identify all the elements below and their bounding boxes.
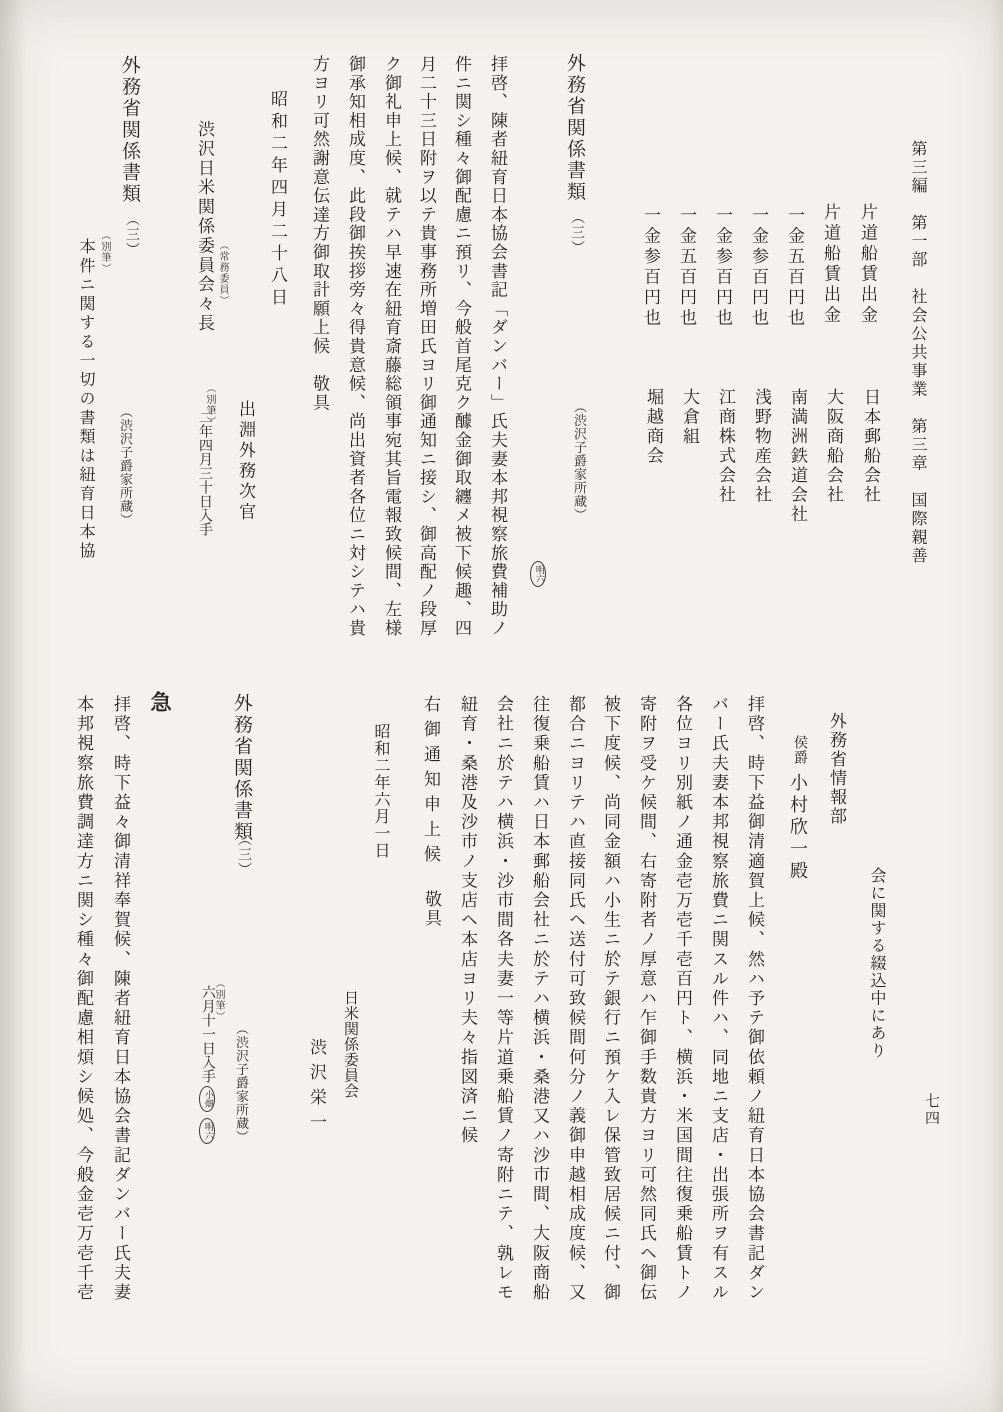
- donation-name: 浅野物産会社: [752, 388, 769, 505]
- obata-seal: 小畑: [199, 1086, 215, 1112]
- donation-amount: 一金参百円也: [641, 206, 658, 329]
- donation-amount: 一金参百円也: [713, 206, 730, 329]
- doc4-volume: （三）: [237, 832, 251, 877]
- doc3-letter-column: 都合ニヨリテハ直接同氏ヘ送付可致候間何分ノ義御申越相成度候、又: [566, 695, 583, 1303]
- donation-amount: 片道船賃出金: [821, 203, 838, 326]
- doc3-closing: 右御通知申上候: [421, 695, 438, 870]
- doc3-letter-column: 被下度候、尚同金額ハ小生ニ於テ銀行ニ預ケ入レ保管致居候ニ付、御: [601, 695, 618, 1303]
- doc2-provenance: （渋沢子爵家所蔵）: [118, 405, 131, 527]
- meiroku-seal: 明六: [530, 561, 546, 587]
- doc2-title: 外務省関係書類: [120, 55, 139, 205]
- doc4-received-note: 六月十一日入手小畑明六: [199, 985, 215, 1147]
- doc3-addressee-title: 侯爵: [793, 735, 807, 765]
- donation-name: 大倉組: [680, 388, 697, 447]
- donation-name: 日本郵船会社: [861, 388, 878, 505]
- doc1-addressee: 出淵外務次官: [236, 400, 253, 523]
- doc1-letter-column: 月二十三日附ヲ以テ貴事務所増田氏ヨリ御通知ニ接シ、御高配ノ段厚: [417, 55, 434, 638]
- doc2-volume: （三）: [125, 212, 139, 257]
- doc2-note: 本件ニ関する一切の書類は紐育日本協: [78, 238, 94, 561]
- doc3-letter-column: 各位ヨリ別紙ノ通金壱万壱千壱百円ト、横浜・米国間往復乗船賃トノ: [673, 695, 690, 1303]
- doc3-letter-column: 拝啓、時下益御清適賀上候、然ハ予テ御依頼ノ紐育日本協会書記ダン: [745, 695, 762, 1303]
- doc3-letter-column: 会社ニ於テハ横浜・沙市間各夫妻一等片道乗船賃ノ寄附ニテ、孰レモ: [494, 695, 511, 1303]
- doc4-provenance: （渋沢子爵家所蔵）: [234, 1022, 247, 1144]
- doc3-letter-column: 往復乗船賃ハ日本郵船会社ニ於テハ横浜・桑港又ハ沙市間、大阪商船: [530, 695, 547, 1303]
- doc3-department: 外務省情報部: [827, 712, 844, 826]
- doc3-addressee: 小村欣一殿: [788, 773, 806, 883]
- meiroku-seal: 明六: [199, 1118, 215, 1144]
- doc1-letter-column: 御承知相成度、此段御挨拶旁々得貴意候、尚出資者各位ニ対シテハ貴: [346, 55, 363, 638]
- donation-name: 江商株式会社: [716, 388, 733, 505]
- donation-name: 南満洲鉄道会社: [788, 388, 805, 525]
- doc1-letter-column: 件ニ関シ種々御配慮ニ預リ、今般首尾克ク醵金御取纏メ被下候趣、四: [452, 55, 469, 638]
- doc4-letter-column: 拝啓、時下益々御清祥奉賀候、陳者紐育日本協会書記ダンバー氏夫妻: [111, 695, 128, 1303]
- doc1-date: 昭和二年四月二十八日: [268, 90, 285, 310]
- doc3-date: 昭和二年六月一日: [373, 723, 389, 859]
- doc4-urgent-mark: 急: [150, 691, 171, 712]
- doc2-note-label: （別筆）: [99, 230, 109, 274]
- doc1-seal: 明六: [530, 558, 547, 590]
- doc1-letter-column: 方ヨリ可然謝意伝達方御取計願上候 敬具: [310, 55, 327, 412]
- doc1-volume: （三）: [570, 210, 584, 255]
- doc1-letter-column: 拝啓、陳者紐育日本協会書記「ダンバー」氏夫妻本邦視察旅費補助ノ: [488, 55, 505, 638]
- doc3-letter-column: 紐育・桑港及沙市ノ支店ヘ本店ヨリ夫々指図済ニ候: [458, 695, 475, 1146]
- donation-amount: 一金五百円也: [677, 206, 694, 329]
- doc4-letter-column: 本邦視察旅費調達方ニ関シ種々御配慮相煩シ候処、今般金壱万壱千壱: [74, 695, 91, 1303]
- doc2-note-continued: 会に関する綴込中にあり: [869, 867, 885, 1060]
- doc1-sender-note: （常務委員）: [217, 240, 227, 306]
- donation-amount: 片道船賃出金: [858, 203, 875, 326]
- doc1-provenance: （渋沢子爵家所蔵）: [572, 400, 585, 522]
- doc3-letter-column: 寄附ヲ受ケ候間、右寄附者ノ厚意ハ乍御手数貴方ヨリ可然同氏ヘ御伝: [637, 695, 654, 1303]
- doc1-received-note: 二年四月三十日入手: [198, 410, 212, 536]
- chapter-header: 第三編 第一部 社会公共事業 第三章 国際親善: [910, 140, 926, 566]
- donation-name: 堀越商会: [644, 388, 661, 466]
- scanned-document-page: 第三編 第一部 社会公共事業 第三章 国際親善 片道船賃出金 日本郵船会社 片道…: [0, 0, 1003, 1412]
- doc1-title: 外務省関係書類: [565, 53, 584, 203]
- doc1-sender: 渋沢日米関係委員会々長: [195, 120, 212, 333]
- donation-amount: 一金参百円也: [749, 206, 766, 329]
- doc4-title: 外務省関係書類: [232, 693, 251, 843]
- doc1-letter-column: ク御礼申上候、就テハ早速在紐育斎藤総領事宛其旨電報致候間、左様: [382, 55, 399, 638]
- doc3-sender-org: 日米関係委員会: [343, 990, 358, 1099]
- donation-name: 大阪商船会社: [824, 388, 841, 505]
- doc4-received-text: 六月十一日入手: [200, 985, 216, 1083]
- doc3-closing-word: 敬具: [422, 890, 439, 928]
- doc3-letter-column: バー氏夫妻本邦視察旅費ニ関スル件ハ、同地ニ支店・出張所ヲ有スル: [709, 695, 726, 1303]
- page-number: 七四: [924, 1093, 939, 1127]
- doc3-sender-name: 渋沢栄一: [307, 1038, 324, 1138]
- donation-amount: 一金五百円也: [785, 206, 802, 329]
